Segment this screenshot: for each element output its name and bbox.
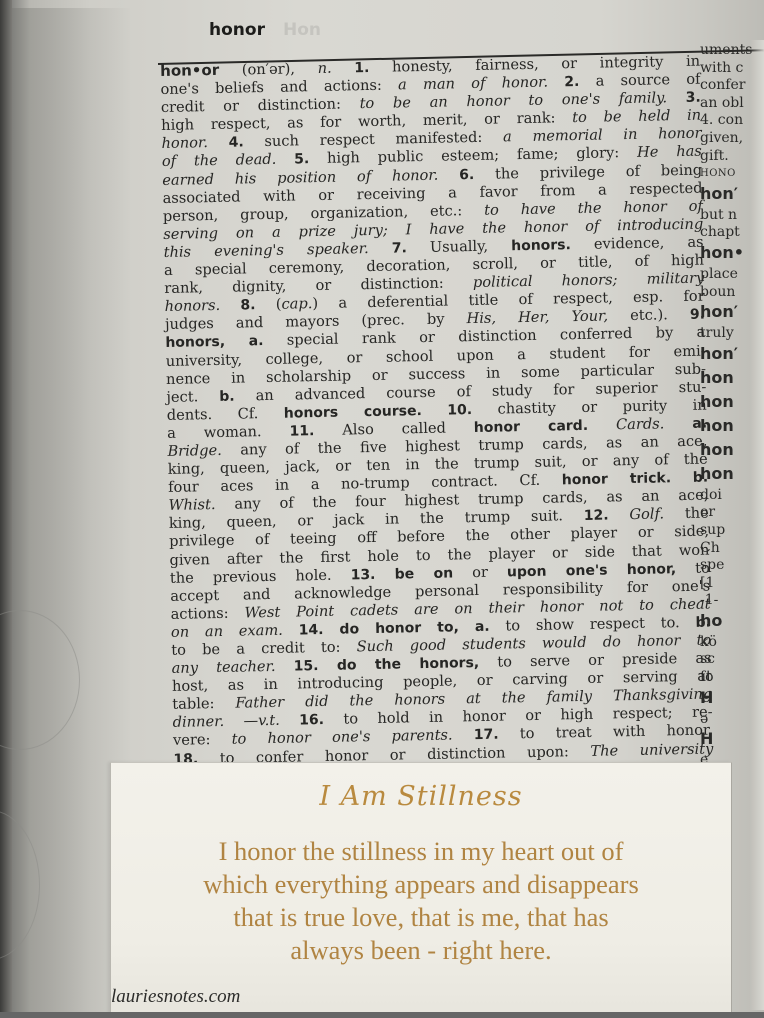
page-curve-highlight xyxy=(750,40,764,1010)
dictionary-entry-honor: hon•or (on′ər), n. 1. honesty, fairness,… xyxy=(160,52,713,769)
card-title: I Am Stillness xyxy=(111,781,731,812)
photo-bottom-edge xyxy=(0,1012,764,1018)
quote-card: I Am Stillness I honor the stillness in … xyxy=(110,762,732,1018)
headword: hon•or xyxy=(160,61,219,80)
guide-word: honor xyxy=(209,20,265,40)
card-quote-line: I honor the stillness in my heart out of xyxy=(111,835,731,868)
card-quote-line: that is true love, that is me, that has xyxy=(111,901,731,934)
watermark: lauriesnotes.com xyxy=(111,986,240,1008)
card-quote-line: always been - right here. xyxy=(111,934,731,967)
card-quote-line: which everything appears and disappears xyxy=(111,868,731,901)
dictionary-photo: honor Hon hon•or (on′ər), n. 1. honesty,… xyxy=(0,0,764,1018)
card-quote: I honor the stillness in my heart out of… xyxy=(111,835,731,967)
guide-word-show-through: Hon xyxy=(283,20,321,40)
